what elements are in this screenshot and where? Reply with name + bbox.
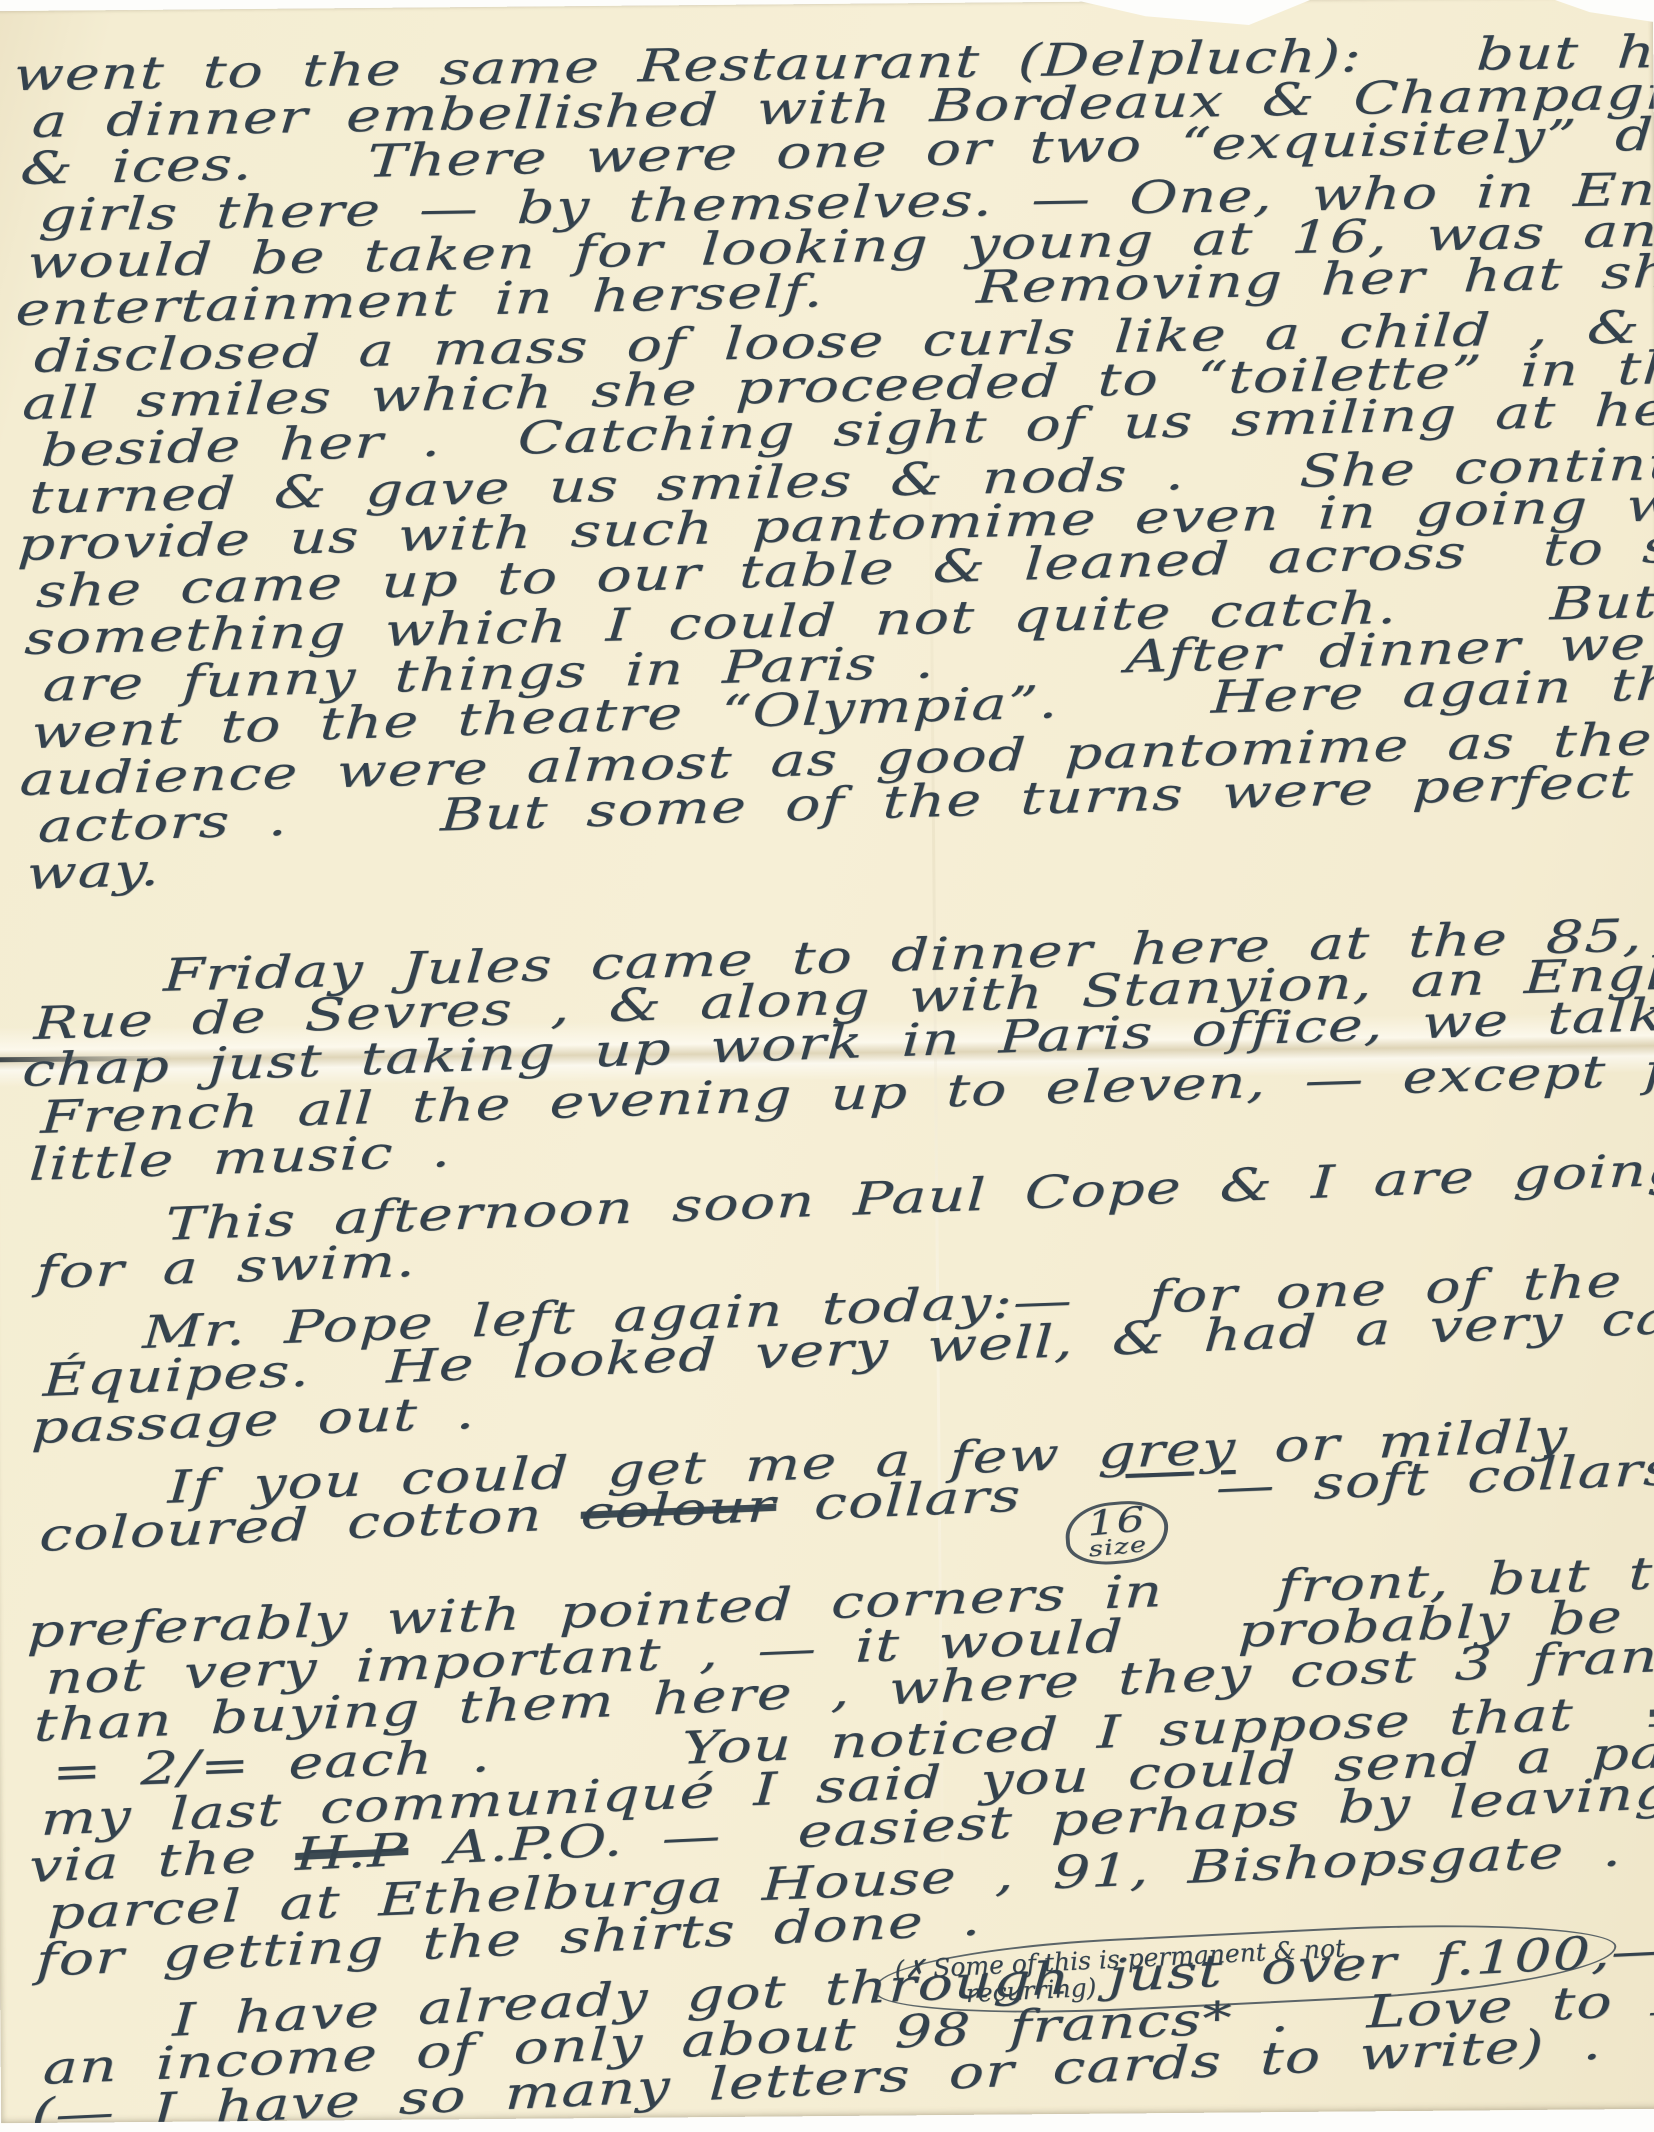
scan-frame: went to the same Restaurant (Delpluch): … [0,0,1654,2132]
letter-page: went to the same Restaurant (Delpluch): … [0,0,1654,2123]
circled-size-note: 16size [1064,1497,1171,1568]
struck-out-word: colour [580,1479,777,1540]
letter-lines: went to the same Restaurant (Delpluch): … [13,37,1654,2123]
